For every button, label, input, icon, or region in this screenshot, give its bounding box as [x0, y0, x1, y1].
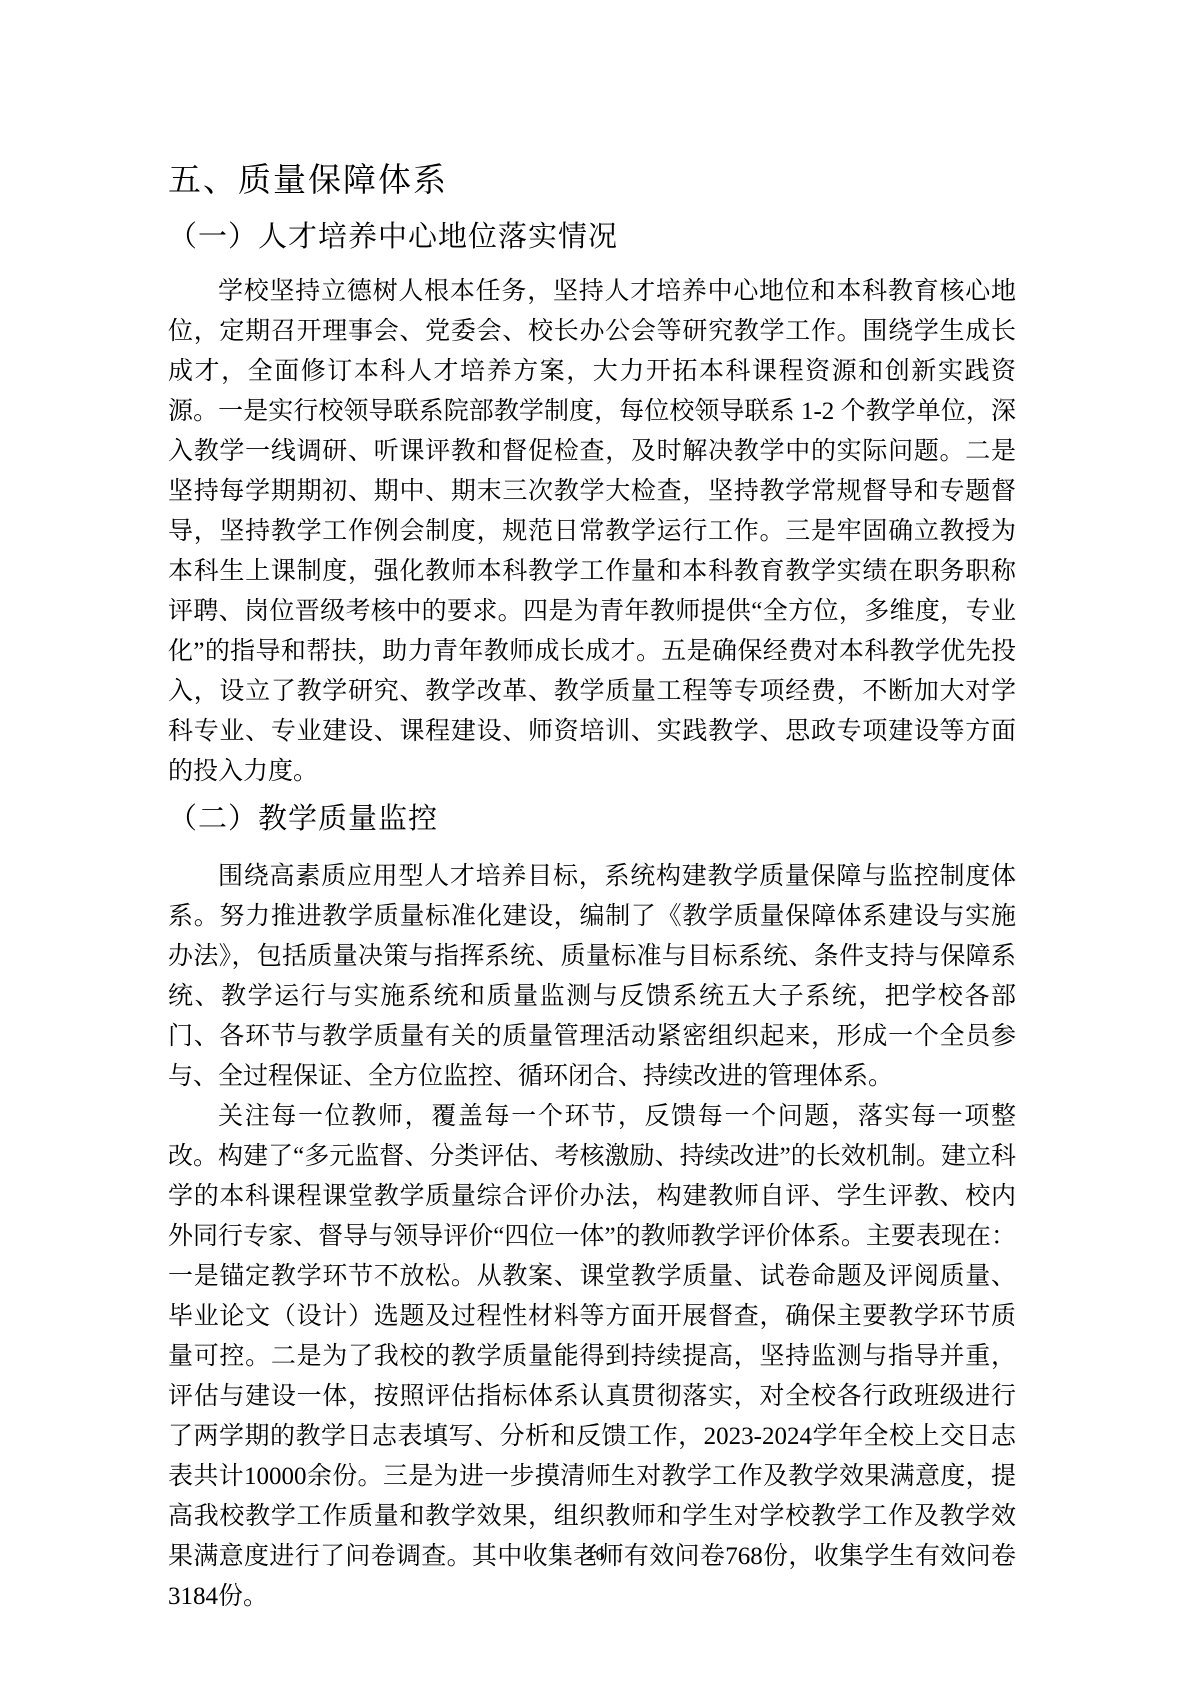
chapter-heading: 五、质量保障体系	[168, 157, 1016, 203]
paragraph-talent-cultivation: 学校坚持立德树人根本任务，坚持人才培养中心地位和本科教育核心地位，定期召开理事会…	[168, 272, 1016, 792]
document-page: 五、质量保障体系 （一）人才培养中心地位落实情况 学校坚持立德树人根本任务，坚持…	[0, 0, 1191, 1684]
page-number: 16	[0, 1544, 1191, 1566]
paragraph-quality-monitoring: 关注每一位教师，覆盖每一个环节，反馈每一个问题，落实每一项整改。构建了“多元监督…	[168, 1097, 1016, 1617]
subsection-heading-1: （一）人才培养中心地位落实情况	[168, 215, 1016, 259]
subsection-heading-2: （二）教学质量监控	[168, 797, 1016, 841]
paragraph-quality-system: 围绕高素质应用型人才培养目标，系统构建教学质量保障与监控制度体系。努力推进教学质…	[168, 857, 1016, 1097]
page-content: 五、质量保障体系 （一）人才培养中心地位落实情况 学校坚持立德树人根本任务，坚持…	[168, 0, 1016, 1617]
